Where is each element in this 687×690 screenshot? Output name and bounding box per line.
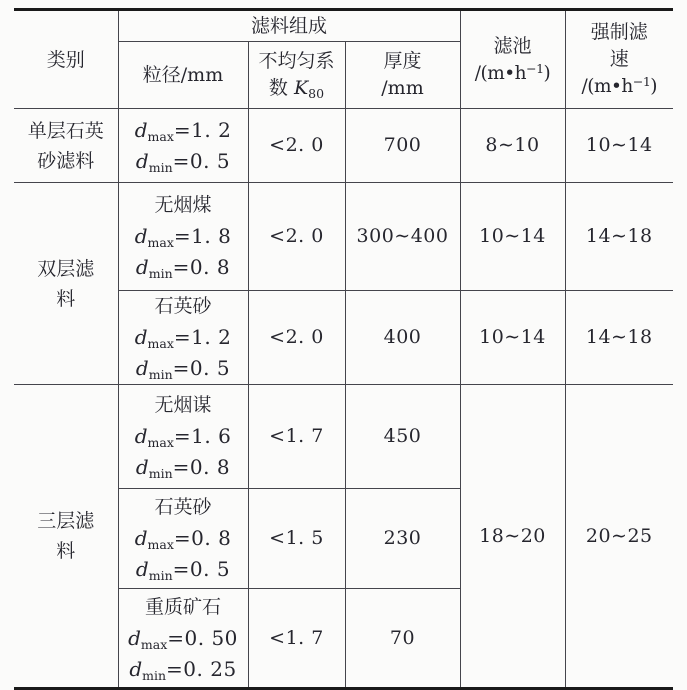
single-category: 单层石英 砂滤料 bbox=[14, 109, 118, 183]
d-symbol: d bbox=[135, 224, 148, 248]
dmin-line: dmin=0. 5 bbox=[121, 353, 246, 384]
dmax-line: dmax=1. 2 bbox=[121, 322, 246, 353]
dmax-value: =1. 2 bbox=[174, 118, 231, 142]
k-subscript: 80 bbox=[308, 86, 324, 101]
double-quartz-forced-rate: 14∼18 bbox=[565, 291, 673, 385]
particle-size-label: 粒径/mm bbox=[121, 60, 246, 90]
double-quartz-k80: <2. 0 bbox=[248, 291, 345, 385]
header-forced-rate: 强制滤 速 /(m•h−1) bbox=[565, 10, 673, 109]
max-subscript: max bbox=[148, 537, 174, 552]
dmin-value: =0. 5 bbox=[173, 149, 230, 173]
material-name: 石英砂 bbox=[121, 492, 246, 523]
double-category: 双层滤 料 bbox=[14, 183, 118, 385]
dmax-line: dmax=1. 8 bbox=[121, 221, 246, 252]
d-symbol: d bbox=[135, 424, 148, 448]
header-category-label: 类别 bbox=[16, 45, 116, 75]
min-subscript: min bbox=[149, 568, 173, 583]
dmin-value: =0. 25 bbox=[166, 657, 237, 681]
uniformity-label-line2: 数 K80 bbox=[251, 75, 343, 102]
single-category-line1: 单层石英 bbox=[16, 116, 116, 146]
header-particle-size: 粒径/mm bbox=[118, 42, 248, 109]
filter-pool-unit: /(m•h−1) bbox=[463, 60, 563, 87]
d-symbol: d bbox=[136, 149, 149, 173]
unit-exponent: −1 bbox=[526, 61, 543, 76]
dmin-line: dmin=0. 5 bbox=[121, 146, 246, 177]
unit-close: ) bbox=[544, 63, 551, 84]
single-forced-rate: 10∼14 bbox=[565, 109, 673, 183]
double-quartz-particle: 石英砂 dmax=1. 2 dmin=0. 5 bbox=[118, 291, 248, 385]
dmax-line: dmax=0. 50 bbox=[121, 623, 246, 654]
d-symbol: d bbox=[136, 455, 149, 479]
double-anthracite-k80: <2. 0 bbox=[248, 183, 345, 291]
header-filter-pool: 滤池 /(m•h−1) bbox=[460, 10, 565, 109]
k-symbol: K bbox=[294, 77, 308, 99]
material-name: 无烟谋 bbox=[121, 390, 246, 421]
dmax-value: =0. 8 bbox=[174, 526, 231, 550]
triple-anthracite-particle: 无烟谋 dmax=1. 6 dmin=0. 8 bbox=[118, 385, 248, 489]
thickness-label-line1: 厚度 bbox=[348, 48, 458, 75]
material-name: 重质矿石 bbox=[121, 592, 246, 623]
unit-exponent: −1 bbox=[633, 74, 650, 89]
min-subscript: min bbox=[142, 668, 166, 683]
max-subscript: max bbox=[148, 235, 174, 250]
min-subscript: min bbox=[149, 160, 173, 175]
triple-forced-rate: 20∼25 bbox=[565, 385, 673, 689]
dmax-value: =0. 50 bbox=[167, 626, 238, 650]
triple-anthracite-thickness: 450 bbox=[345, 385, 460, 489]
dmin-line: dmin=0. 8 bbox=[121, 252, 246, 283]
single-category-line2: 砂滤料 bbox=[16, 146, 116, 176]
min-subscript: min bbox=[149, 266, 173, 281]
header-uniformity: 不均匀系 数 K80 bbox=[248, 42, 345, 109]
filter-media-table: 类别 滤料组成 滤池 /(m•h−1) 强制滤 速 /(m•h−1) 粒径/mm… bbox=[14, 8, 673, 690]
uniformity-prefix: 数 bbox=[269, 77, 294, 99]
row-double-anthracite: 双层滤 料 无烟煤 dmax=1. 8 dmin=0. 8 <2. 0 300∼… bbox=[14, 183, 673, 291]
thickness-label-line2: /mm bbox=[348, 75, 458, 102]
dmin-value: =0. 8 bbox=[173, 255, 230, 279]
double-anthracite-particle: 无烟煤 dmax=1. 8 dmin=0. 8 bbox=[118, 183, 248, 291]
header-composition-label: 滤料组成 bbox=[121, 11, 458, 41]
d-symbol: d bbox=[135, 526, 148, 550]
header-thickness: 厚度 /mm bbox=[345, 42, 460, 109]
dmax-value: =1. 8 bbox=[174, 224, 231, 248]
unit-close: ) bbox=[650, 76, 657, 97]
d-symbol: d bbox=[136, 255, 149, 279]
unit-text: /(m•h bbox=[582, 76, 633, 97]
forced-rate-unit: /(m•h−1) bbox=[568, 73, 672, 100]
scanned-document-page: 类别 滤料组成 滤池 /(m•h−1) 强制滤 速 /(m•h−1) 粒径/mm… bbox=[14, 8, 673, 690]
double-anthracite-thickness: 300∼400 bbox=[345, 183, 460, 291]
triple-anthracite-k80: <1. 7 bbox=[248, 385, 345, 489]
d-symbol: d bbox=[129, 657, 142, 681]
d-symbol: d bbox=[136, 557, 149, 581]
forced-rate-label-line1: 强制滤 bbox=[568, 19, 672, 46]
material-name: 石英砂 bbox=[121, 291, 246, 322]
max-subscript: max bbox=[141, 637, 167, 652]
uniformity-label-line1: 不均匀系 bbox=[251, 48, 343, 75]
d-symbol: d bbox=[128, 626, 141, 650]
max-subscript: max bbox=[148, 336, 174, 351]
dmax-line: dmax=1. 6 bbox=[121, 421, 246, 452]
single-thickness: 700 bbox=[345, 109, 460, 183]
dmax-line: dmax=0. 8 bbox=[121, 523, 246, 554]
double-quartz-thickness: 400 bbox=[345, 291, 460, 385]
d-symbol: d bbox=[136, 356, 149, 380]
row-triple-anthracite: 三层滤 料 无烟谋 dmax=1. 6 dmin=0. 8 <1. 7 450 … bbox=[14, 385, 673, 489]
header-row-1: 类别 滤料组成 滤池 /(m•h−1) 强制滤 速 /(m•h−1) bbox=[14, 10, 673, 42]
material-name: 无烟煤 bbox=[121, 190, 246, 221]
double-quartz-pool-rate: 10∼14 bbox=[460, 291, 565, 385]
min-subscript: min bbox=[149, 466, 173, 481]
triple-quartz-k80: <1. 5 bbox=[248, 489, 345, 589]
triple-pool-rate: 18∼20 bbox=[460, 385, 565, 689]
dmax-line: dmax=1. 2 bbox=[121, 115, 246, 146]
dmin-line: dmin=0. 25 bbox=[121, 654, 246, 685]
d-symbol: d bbox=[135, 325, 148, 349]
dmax-value: =1. 2 bbox=[174, 325, 231, 349]
triple-category-line2: 料 bbox=[16, 536, 116, 566]
triple-category: 三层滤 料 bbox=[14, 385, 118, 689]
double-category-line2: 料 bbox=[16, 284, 116, 314]
dmin-value: =0. 8 bbox=[173, 455, 230, 479]
single-pool-rate: 8∼10 bbox=[460, 109, 565, 183]
triple-heavy-thickness: 70 bbox=[345, 589, 460, 689]
triple-heavy-particle: 重质矿石 dmax=0. 50 dmin=0. 25 bbox=[118, 589, 248, 689]
double-anthracite-pool-rate: 10∼14 bbox=[460, 183, 565, 291]
triple-heavy-k80: <1. 7 bbox=[248, 589, 345, 689]
min-subscript: min bbox=[149, 367, 173, 382]
triple-quartz-particle: 石英砂 dmax=0. 8 dmin=0. 5 bbox=[118, 489, 248, 589]
dmin-line: dmin=0. 5 bbox=[121, 554, 246, 585]
header-category: 类别 bbox=[14, 10, 118, 109]
row-single-layer: 单层石英 砂滤料 dmax=1. 2 dmin=0. 5 <2. 0 700 8… bbox=[14, 109, 673, 183]
max-subscript: max bbox=[148, 435, 174, 450]
filter-pool-label: 滤池 bbox=[463, 33, 563, 60]
header-composition: 滤料组成 bbox=[118, 10, 460, 42]
dmax-value: =1. 6 bbox=[174, 424, 231, 448]
triple-quartz-thickness: 230 bbox=[345, 489, 460, 589]
double-anthracite-forced-rate: 14∼18 bbox=[565, 183, 673, 291]
double-category-line1: 双层滤 bbox=[16, 254, 116, 284]
dmin-value: =0. 5 bbox=[173, 557, 230, 581]
max-subscript: max bbox=[148, 129, 174, 144]
single-particle-size: dmax=1. 2 dmin=0. 5 bbox=[118, 109, 248, 183]
unit-text: /(m•h bbox=[475, 63, 526, 84]
triple-category-line1: 三层滤 bbox=[16, 506, 116, 536]
single-k80: <2. 0 bbox=[248, 109, 345, 183]
dmin-line: dmin=0. 8 bbox=[121, 452, 246, 483]
d-symbol: d bbox=[135, 118, 148, 142]
forced-rate-label-line2: 速 bbox=[568, 46, 672, 73]
dmin-value: =0. 5 bbox=[173, 356, 230, 380]
